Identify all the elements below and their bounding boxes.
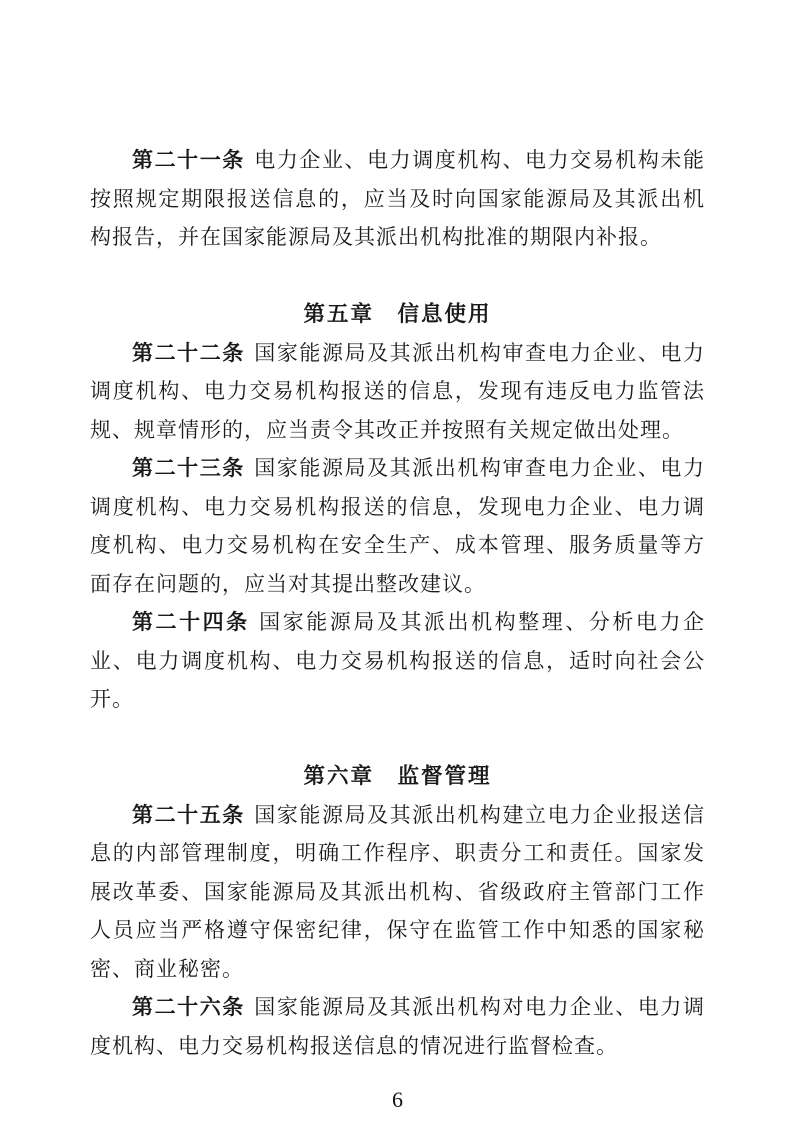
article-25-number: 第二十五条 bbox=[132, 803, 245, 827]
article-23-number: 第二十三条 bbox=[132, 456, 245, 480]
article-24-number: 第二十四条 bbox=[132, 610, 250, 634]
article-24-paragraph: 第二十四条国家能源局及其派出机构整理、分析电力企业、电力调度机构、电力交易机构报… bbox=[90, 603, 705, 719]
document-page: 第二十一条电力企业、电力调度机构、电力交易机构未能按照规定期限报送信息的，应当及… bbox=[0, 0, 794, 1123]
chapter-6-heading: 第六章 监督管理 bbox=[90, 757, 705, 796]
page-number: 6 bbox=[90, 1087, 705, 1113]
article-21-number: 第二十一条 bbox=[132, 148, 245, 172]
article-26-number: 第二十六条 bbox=[132, 995, 245, 1019]
article-21-paragraph: 第二十一条电力企业、电力调度机构、电力交易机构未能按照规定期限报送信息的，应当及… bbox=[90, 141, 705, 257]
article-26-paragraph: 第二十六条国家能源局及其派出机构对电力企业、电力调度机构、电力交易机构报送信息的… bbox=[90, 988, 705, 1065]
article-25-paragraph: 第二十五条国家能源局及其派出机构建立电力企业报送信息的内部管理制度，明确工作程序… bbox=[90, 796, 705, 989]
article-22-paragraph: 第二十二条国家能源局及其派出机构审查电力企业、电力调度机构、电力交易机构报送的信… bbox=[90, 334, 705, 450]
chapter-5-heading: 第五章 信息使用 bbox=[90, 295, 705, 334]
article-23-paragraph: 第二十三条国家能源局及其派出机构审查电力企业、电力调度机构、电力交易机构报送的信… bbox=[90, 449, 705, 603]
article-22-number: 第二十二条 bbox=[132, 341, 245, 365]
article-25-text: 国家能源局及其派出机构建立电力企业报送信息的内部管理制度，明确工作程序、职责分工… bbox=[90, 803, 705, 981]
